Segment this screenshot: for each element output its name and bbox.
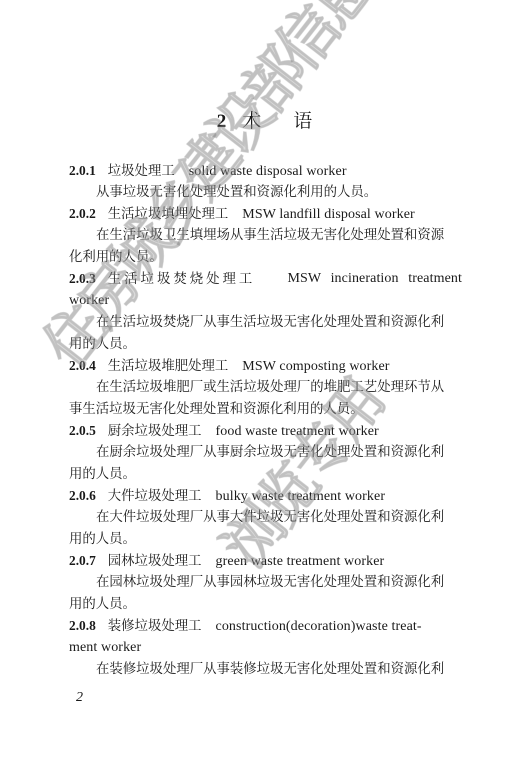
term-chinese: 园林垃圾处理工 [108,554,202,569]
term-number: 2.0.6 [69,488,96,503]
term-chinese: 生活垃圾堆肥处理工 [108,359,229,374]
term-chinese: 垃圾处理工 [108,164,175,179]
chapter-title-part2: 语 [293,110,312,132]
term-english-cont: worker [69,290,462,312]
term-heading-left: 2.0.3生活垃圾焚烧处理工 [69,268,269,290]
term-number: 2.0.4 [69,358,96,373]
term-heading: 2.0.1垃圾处理工solid waste disposal worker [69,160,462,182]
document-page: 2术语 2.0.1垃圾处理工solid waste disposal worke… [0,0,529,767]
term-definition: 在园林垃圾处理厂从事园林垃圾无害化处理处置和资源化利 [69,572,462,594]
term-chinese: 装修垃圾处理工 [108,619,202,634]
term-definition: 在厨余垃圾处理厂从事厨余垃圾无害化处理处置和资源化利 [69,442,462,464]
term-definition-cont: 用的人员。 [69,529,462,551]
term-number: 2.0.3 [69,271,96,286]
term-number: 2.0.5 [69,423,96,438]
term-english: MSW composting worker [242,359,389,374]
term-heading: 2.0.8装修垃圾处理工construction(decoration)wast… [69,615,462,637]
term-number: 2.0.7 [69,553,96,568]
term-heading: 2.0.3生活垃圾焚烧处理工MSW incineration treatment [69,268,462,290]
term-definition-cont: 用的人员。 [69,334,462,356]
term-chinese: 厨余垃圾处理工 [108,424,202,439]
page-number: 2 [76,690,83,706]
term-definition-cont: 用的人员。 [69,464,462,486]
term-english: construction(decoration)waste treat- [216,619,422,634]
term-definition-cont: 事生活垃圾无害化处理处置和资源化利用的人员。 [69,399,462,421]
term-english: MSW landfill disposal worker [242,207,414,222]
chapter-title: 2术语 [0,106,529,133]
term-heading: 2.0.4生活垃圾堆肥处理工MSW composting worker [69,355,462,377]
term-chinese: 大件垃圾处理工 [108,489,202,504]
term-chinese: 生活垃圾焚烧处理工 [108,272,256,287]
term-english: food waste treatment worker [216,424,379,439]
term-definition: 在生活垃圾焚烧厂从事生活垃圾无害化处理处置和资源化利 [69,312,462,334]
term-english: MSW incineration treatment [287,268,462,290]
term-definition: 在生活垃圾卫生填埋场从事生活垃圾无害化处理处置和资源 [69,225,462,247]
term-english: bulky waste treatment worker [216,489,386,504]
term-definition-cont: 化利用的人员。 [69,247,462,269]
term-definition-cont: 用的人员。 [69,594,462,616]
term-definition: 在生活垃圾堆肥厂或生活垃圾处理厂的堆肥工艺处理环节从 [69,377,462,399]
term-definition: 从事垃圾无害化处理处置和资源化利用的人员。 [69,182,462,204]
chapter-title-part1: 术 [242,110,261,132]
term-english: green waste treatment worker [216,554,385,569]
term-chinese: 生活垃圾填埋处理工 [108,207,229,222]
term-definition: 在装修垃圾处理厂从事装修垃圾无害化处理处置和资源化利 [69,659,462,681]
term-heading: 2.0.2生活垃圾填埋处理工MSW landfill disposal work… [69,203,462,225]
term-definition: 在大件垃圾处理厂从事大件垃圾无害化处理处置和资源化利 [69,507,462,529]
term-number: 2.0.8 [69,618,96,633]
terms-body: 2.0.1垃圾处理工solid waste disposal worker 从事… [69,160,462,681]
term-heading: 2.0.7园林垃圾处理工green waste treatment worker [69,550,462,572]
term-english: solid waste disposal worker [189,164,347,179]
term-heading: 2.0.5厨余垃圾处理工food waste treatment worker [69,420,462,442]
term-english-cont: ment worker [69,637,462,659]
term-number: 2.0.2 [69,206,96,221]
term-heading: 2.0.6大件垃圾处理工bulky waste treatment worker [69,485,462,507]
term-number: 2.0.1 [69,163,96,178]
chapter-number: 2 [217,111,227,132]
